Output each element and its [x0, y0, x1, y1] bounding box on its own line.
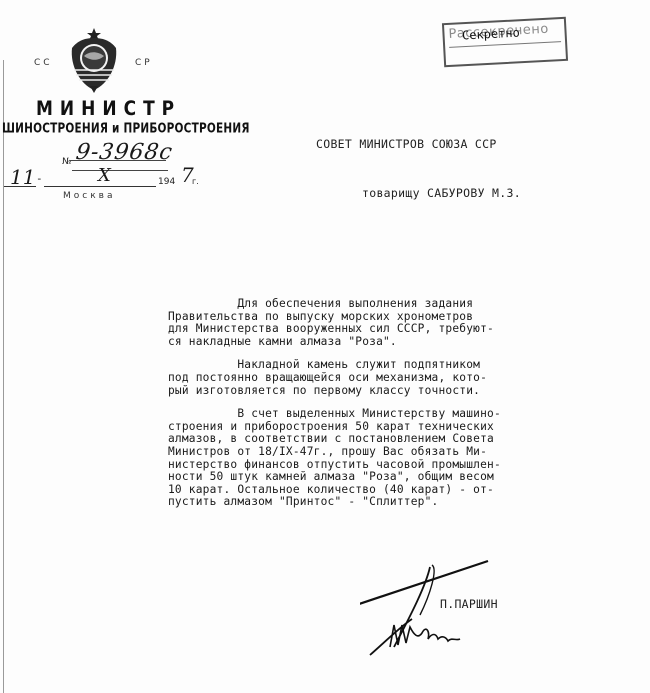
document-number: 9-3968с — [74, 140, 174, 165]
date-dash: - — [36, 172, 43, 185]
body-line: для Министерства вооруженных сил СССР, т… — [168, 323, 608, 336]
body-line: ности 50 штук камней алмаза "Роза", общи… — [168, 471, 608, 484]
date-underline-day — [4, 186, 36, 187]
date-year-prefix: 194 — [158, 177, 175, 187]
number-label: № — [62, 157, 71, 167]
page-edge — [3, 60, 4, 693]
date-year-suffix: г. — [192, 177, 199, 186]
document-page: СС СР МИНИСТР ШИНОСТРОЕНИЯ и ПРИБОРОСТРО… — [0, 0, 650, 693]
letter-body: Для обеспечения выполнения заданияПравит… — [168, 298, 608, 520]
body-line: пустить алмазом "Принтос" - "Сплиттер". — [168, 496, 608, 509]
body-line: ся накладные камни алмаза "Роза". — [168, 336, 608, 349]
date-month: X — [98, 165, 111, 186]
addressee-person: товарищу САБУРОВУ М.З. — [362, 186, 521, 200]
date-underline-month — [44, 186, 156, 187]
body-paragraph: Для обеспечения выполнения заданияПравит… — [168, 298, 608, 348]
country-label-left: СС — [34, 58, 53, 68]
ministry-title: МИНИСТР — [36, 98, 181, 121]
city-label: Москва — [63, 191, 115, 201]
body-line: Для обеспечения выполнения задания — [168, 298, 608, 311]
ussr-state-emblem-icon — [62, 26, 126, 94]
signatory-name: П.ПАРШИН — [440, 597, 498, 611]
body-line: рый изготовляется по первому классу точн… — [168, 385, 608, 398]
body-paragraph: В счет выделенных Министерству машино-ст… — [168, 408, 608, 509]
body-line: Министров от 18/IX-47г., прошу Вас обяза… — [168, 446, 608, 459]
addressee-organization: СОВЕТ МИНИСТРОВ СОЮЗА ССР — [316, 137, 497, 151]
number-underline-2 — [72, 170, 168, 171]
body-paragraph: Накладной камень служит подпятникомпод п… — [168, 359, 608, 397]
ministry-subtitle: ШИНОСТРОЕНИЯ и ПРИБОРОСТРОЕНИЯ — [2, 121, 250, 137]
secrecy-label: Секретно — [462, 25, 520, 42]
declassified-stamp: Рассекречено — [442, 17, 568, 67]
country-label-right: СР — [135, 58, 153, 68]
body-line: под постоянно вращающейся оси механизма,… — [168, 372, 608, 385]
body-line: В счет выделенных Министерству машино- — [168, 408, 608, 421]
